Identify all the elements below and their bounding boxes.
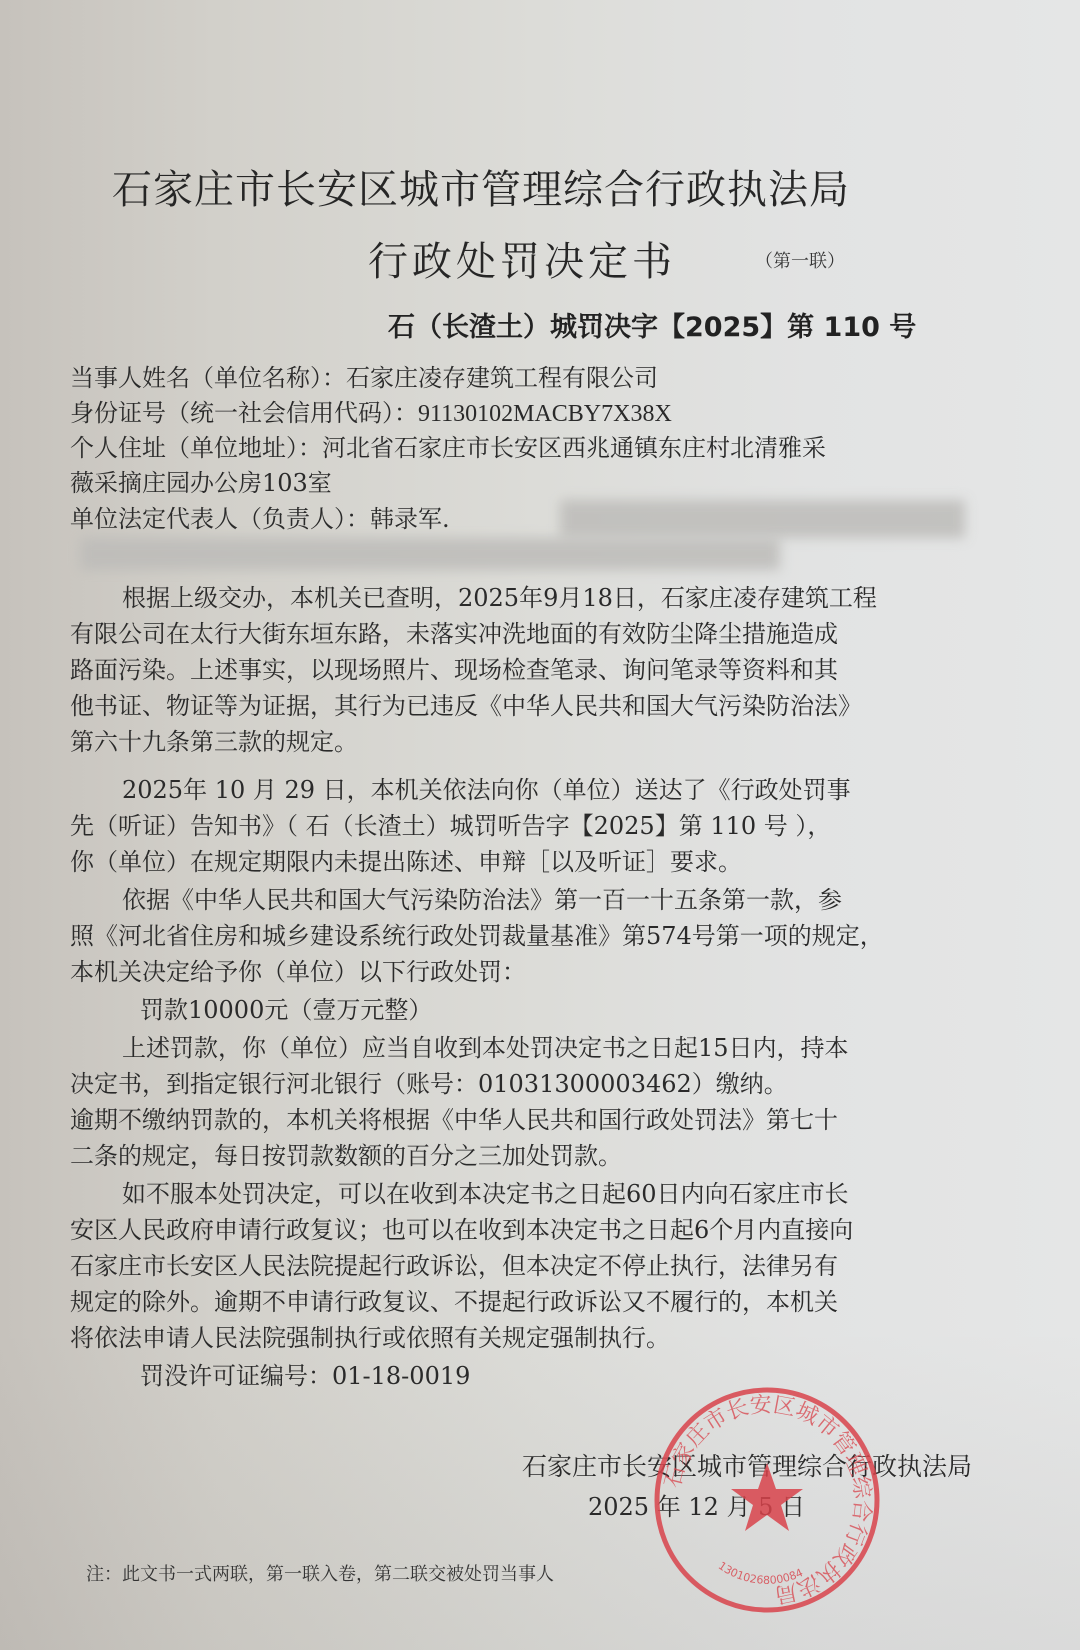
- body-line: 逾期不缴纳罚款的，本机关将根据《中华人民共和国行政处罚法》第七十: [70, 1100, 838, 1135]
- body-line: 如不服本处罚决定，可以在收到本决定书之日起60日内向石家庄市长: [122, 1174, 849, 1209]
- body-line: 石家庄市长安区人民法院提起行政诉讼，但本决定不停止执行，法律另有: [70, 1246, 838, 1281]
- redacted-block: [80, 538, 780, 570]
- body-line: 路面污染。上述事实，以现场照片、现场检查笔录、询问笔录等资料和其: [70, 650, 838, 685]
- body-line: 照《河北省住房和城乡建设系统行政处罚裁量基准》第574号第一项的规定，: [70, 916, 884, 951]
- body-line: 安区人民政府申请行政复议；也可以在收到本决定书之日起6个月内直接向: [70, 1210, 853, 1245]
- party-rep-label: 单位法定代表人（负责人）：: [70, 505, 370, 533]
- body-line: 决定书，到指定银行河北银行（账号：01031300003462）缴纳。: [70, 1064, 788, 1099]
- permit-number: 罚没许可证编号：01-18-0019: [140, 1356, 470, 1391]
- footer-note: 注：此文书一式两联，第一联入卷，第二联交被处罚当事人: [86, 1560, 554, 1586]
- issuer-title: 石家庄市长安区城市管理综合行政执法局: [112, 158, 850, 215]
- body-line: 上述罚款，你（单位）应当自收到本处罚决定书之日起15日内，持本: [122, 1028, 849, 1063]
- document-title: 行政处罚决定书: [368, 230, 676, 287]
- party-id-label: 身份证号（统一社会信用代码）：: [70, 399, 418, 427]
- redacted-block: [560, 500, 965, 538]
- body-line: 本机关决定给予你（单位）以下行政处罚：: [70, 952, 526, 987]
- party-address-value-cont: 薇采摘庄园办公房103室: [70, 469, 332, 497]
- party-id-value: 91130102MACBY7X38X: [418, 401, 672, 427]
- body-line: 有限公司在太行大街东垣东路，未落实冲洗地面的有效防尘降尘措施造成: [70, 614, 838, 649]
- body-line: 你（单位）在规定期限内未提出陈述、申辩［以及听证］要求。: [70, 842, 742, 877]
- body-line: 将依法申请人民法院强制执行或依照有关规定强制执行。: [70, 1318, 670, 1353]
- party-name-label: 当事人姓名（单位名称）：: [70, 364, 346, 392]
- party-address-value: 河北省石家庄市长安区西兆通镇东庄村北清雅采: [322, 434, 826, 462]
- copy-tag: （第一联）: [755, 247, 845, 273]
- official-seal-icon: 石家庄市长安区城市管理综合行政执法局 1301026800084: [652, 1385, 882, 1615]
- party-rep-value: 韩录军.: [370, 505, 450, 533]
- body-line: 规定的除外。逾期不申请行政复议、不提起行政诉讼又不履行的，本机关: [70, 1282, 838, 1317]
- document-number: 石（长渣土）城罚决字【2025】第 110 号: [388, 305, 916, 344]
- party-name-row: 当事人姓名（单位名称）：石家庄凌存建筑工程有限公司: [70, 358, 658, 393]
- party-rep-row: 单位法定代表人（负责人）：韩录军.: [70, 499, 450, 534]
- party-address-label: 个人住址（单位地址）：: [70, 434, 322, 462]
- party-address-row-2: 薇采摘庄园办公房103室: [70, 463, 332, 498]
- body-line: 二条的规定，每日按罚款数额的百分之三加处罚款。: [70, 1136, 622, 1171]
- body-line: 2025年 10 月 29 日，本机关依法向你（单位）送达了《行政处罚事: [122, 770, 851, 805]
- party-name-value: 石家庄凌存建筑工程有限公司: [346, 364, 658, 392]
- party-address-row: 个人住址（单位地址）：河北省石家庄市长安区西兆通镇东庄村北清雅采: [70, 428, 826, 463]
- body-line: 第六十九条第三款的规定。: [70, 722, 358, 757]
- body-line: 依据《中华人民共和国大气污染防治法》第一百一十五条第一款，参: [122, 880, 842, 915]
- party-id-row: 身份证号（统一社会信用代码）：91130102MACBY7X38X: [70, 393, 672, 428]
- body-line: 他书证、物证等为证据，其行为已违反《中华人民共和国大气污染防治法》: [70, 686, 862, 721]
- svg-text:1301026800084: 1301026800084: [716, 1559, 805, 1587]
- body-line: 根据上级交办，本机关已查明，2025年9月18日，石家庄凌存建筑工程: [122, 578, 877, 613]
- body-line: 先（听证）告知书》（ 石（长渣土）城罚听告字【2025】第 110 号 ），: [70, 806, 831, 841]
- fine-amount: 罚款10000元（壹万元整）: [140, 990, 432, 1025]
